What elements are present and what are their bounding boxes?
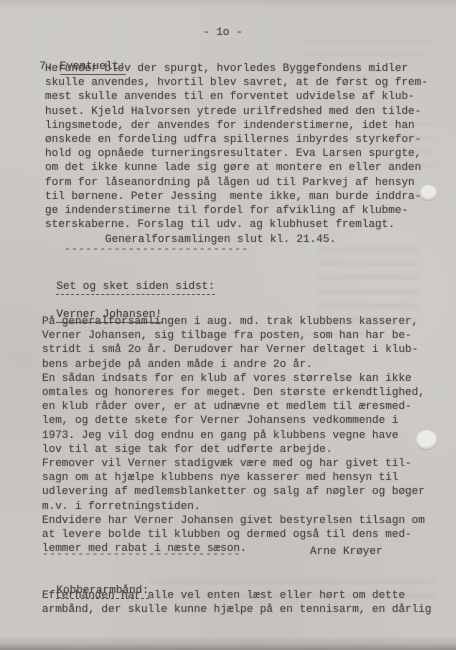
page-number: - 1o -	[203, 26, 243, 40]
typed-divider-after-closing: --------------------------	[64, 243, 249, 257]
punch-hole	[420, 185, 437, 200]
scan-edge-shadow-bottom	[0, 636, 456, 650]
typed-divider-before-signature: ----------------------------	[42, 548, 241, 562]
punch-hole	[416, 430, 437, 449]
paragraph-kobberarmbaand: Efterhånden har alle vel enten læst elle…	[42, 589, 431, 617]
paragraph-eventuelt: Herunder blev der spurgt, hvorledes Bygg…	[45, 62, 428, 232]
signature-arne-kroyer: Arne Krøyer	[310, 545, 383, 559]
scanned-document-page: - 1o - 7.Eventuelt: Herunder blev der sp…	[0, 0, 456, 650]
paragraph-verner-johansen: På generalforsamlingen i aug. md. trak k…	[42, 315, 425, 556]
ink-bleedthrough-smudge	[318, 248, 418, 322]
scan-edge-shadow-top	[0, 0, 456, 8]
ink-bleedthrough-smudge	[300, 40, 430, 56]
